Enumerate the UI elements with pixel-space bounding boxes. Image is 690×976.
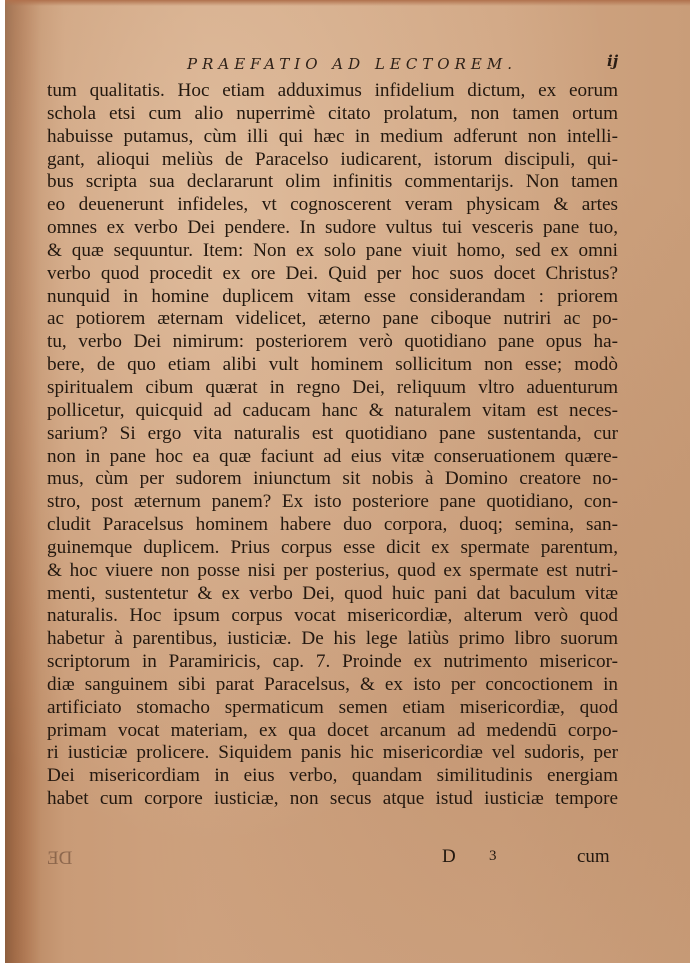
text-line: habuisse putamus, cùm illi qui hæc in me… [47, 126, 618, 149]
page-footer: DE D 3 cum [47, 846, 627, 870]
text-line: artificiato stomacho spermaticum semen e… [47, 697, 618, 720]
text-line: menti, sustentetur & ex verbo Dei, quod … [47, 583, 618, 606]
folio-number: ij [607, 52, 618, 70]
text-line: tu, verbo Dei nimirum: posteriorem verò … [47, 331, 618, 354]
show-through-ink: DE [47, 848, 72, 870]
text-line: mus, cùm per sudorem iniunctum sit nobis… [47, 468, 618, 491]
body-text: tum qualitatis. Hoc etiam adduximus infi… [47, 80, 618, 811]
text-line: eo deuenerunt infideles, vt cognoscerent… [47, 194, 618, 217]
text-line: spiritualem cibum quærat in regno Dei, r… [47, 377, 618, 400]
text-line: tum qualitatis. Hoc etiam adduximus infi… [47, 80, 618, 103]
text-line: Dei misericordiam in eius verbo, quandam… [47, 765, 618, 788]
text-line: schola etsi cum alio nuperrimè citato pr… [47, 103, 618, 126]
text-line: habetur à parentibus, iusticiæ. De his l… [47, 628, 618, 651]
text-line: scriptorum in Paramiricis, cap. 7. Proin… [47, 651, 618, 674]
text-line: nunquid in homine duplicem vitam esse co… [47, 286, 618, 309]
text-line: bere, de quo etiam alibi vult hominem so… [47, 354, 618, 377]
text-line: pollicetur, quicquid ad caducam hanc & n… [47, 400, 618, 423]
text-line: stro, post æternum panem? Ex isto poster… [47, 491, 618, 514]
text-line: & quæ sequuntur. Item: Non ex solo pane … [47, 240, 618, 263]
text-line: naturalis. Hoc ipsum corpus vocat miseri… [47, 605, 618, 628]
running-head: PRAEFATIO AD LECTOREM. [187, 55, 547, 73]
text-line: guinemque duplicem. Prius corpus esse di… [47, 537, 618, 560]
text-line: verbo quod procedit ex ore Dei. Quid per… [47, 263, 618, 286]
text-line: omnes ex verbo Dei pendere. In sudore vu… [47, 217, 618, 240]
text-line: & hoc viuere non posse nisi per posteriu… [47, 560, 618, 583]
text-line: ac potiorem æternam videlicet, æterno pa… [47, 308, 618, 331]
text-line: gant, alioqui meliùs de Paracelso iudica… [47, 149, 618, 172]
text-line: diæ sanguinem sibi parat Paracelsus, & e… [47, 674, 618, 697]
text-line: bus scripta sua declararunt olim infinit… [47, 171, 618, 194]
text-line: sarium? Si ergo vita naturalis est quoti… [47, 423, 618, 446]
text-line: cludit Paracelsus hominem habere duo cor… [47, 514, 618, 537]
text-line: ri iusticiæ prolicere. Siquidem panis hi… [47, 742, 618, 765]
signature-mark: D [442, 846, 456, 868]
page-top-edge [5, 0, 690, 6]
text-line: primam vocat materiam, ex qua docet arca… [47, 720, 618, 743]
catchword: cum [577, 846, 610, 868]
signature-number: 3 [489, 848, 497, 865]
book-page: PRAEFATIO AD LECTOREM. ij tum qualitatis… [5, 0, 690, 963]
text-line: habet cum corpore iusticiæ, non secus at… [47, 788, 618, 811]
text-line: non in pane hoc ea quæ faciunt ad eius v… [47, 446, 618, 469]
